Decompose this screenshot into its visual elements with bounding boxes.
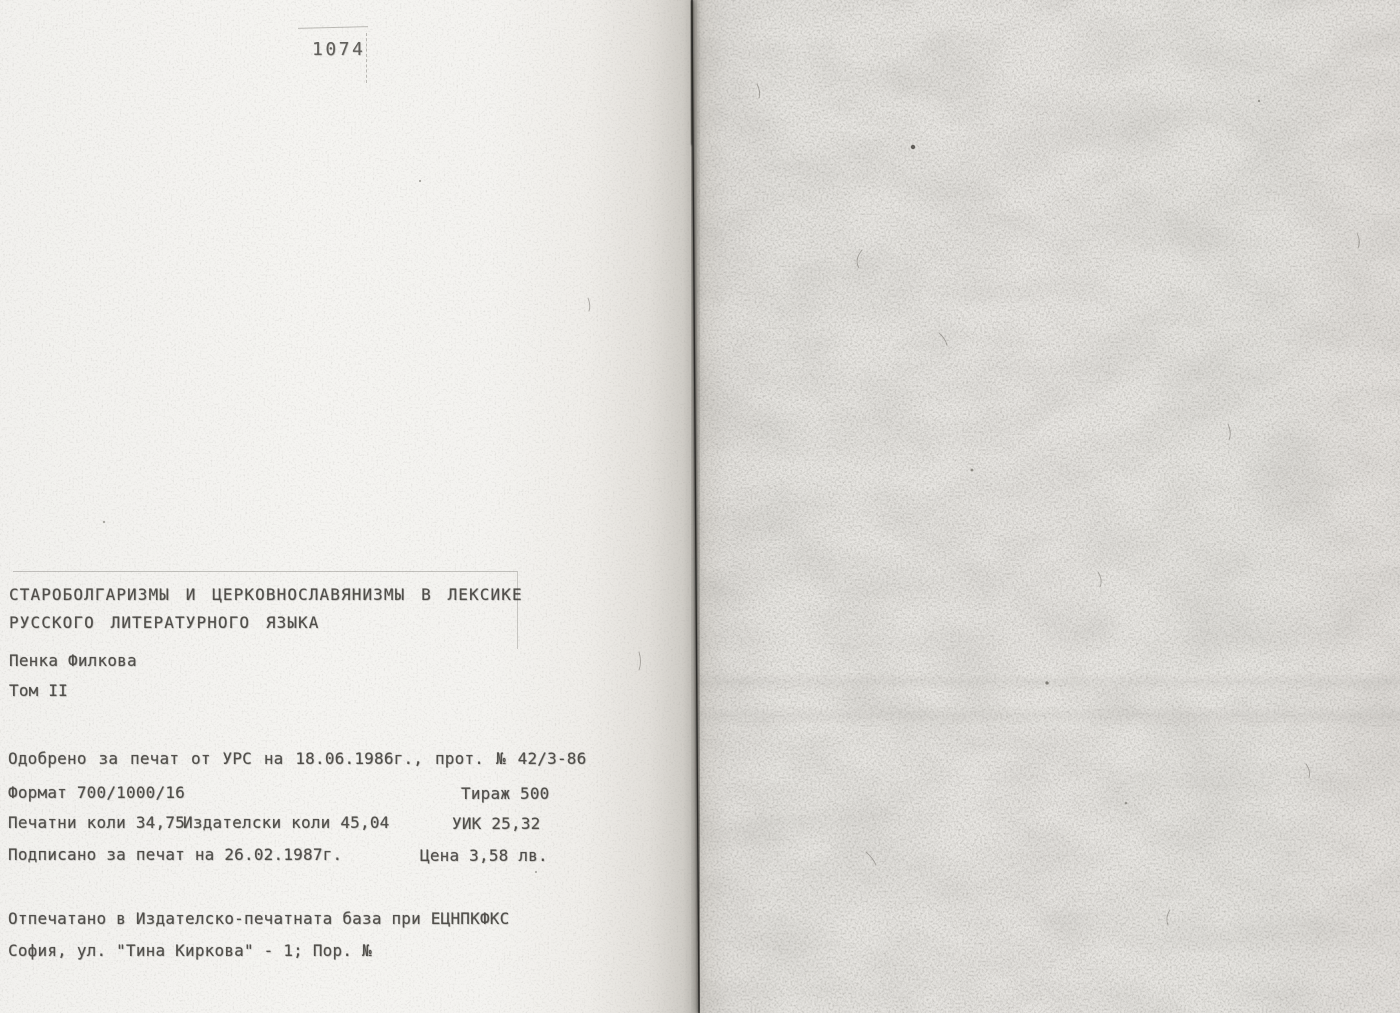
- tirage-value: Тираж 500: [461, 784, 550, 804]
- printing-house-line: Отпечатано в Издателско-печатната база п…: [8, 909, 509, 929]
- print-sheets-value: Печатни коли 34,75: [8, 813, 185, 833]
- signed-for-print-line: Подписано за печат на 26.02.1987г.: [8, 845, 342, 865]
- author-name: Пенка Филкова: [9, 651, 137, 671]
- publishing-sheets-value: Издателски коли 45,04: [183, 813, 390, 833]
- uik-value: УИК 25,32: [452, 814, 541, 834]
- printer-address-line: София, ул. "Тина Киркова" - 1; Пор. №: [8, 941, 372, 961]
- format-value: Формат 700/1000/16: [8, 783, 185, 803]
- stamp-guide-line-vertical: [366, 33, 367, 83]
- approval-line: Одобрено за печат от УРС на 18.06.1986г.…: [8, 749, 586, 769]
- scanned-book-spread: 1074 СТАРОБОЛГАРИЗМЫ И ЦЕРКОВНОСЛАВЯНИЗМ…: [0, 0, 1400, 1013]
- book-title-line2: РУССКОГО ЛИТЕРАТУРНОГО ЯЗЫКА: [9, 613, 320, 633]
- title-frame-box: [13, 571, 518, 649]
- volume-label: Том II: [9, 681, 68, 701]
- book-title-line1: СТАРОБОЛГАРИЗМЫ И ЦЕРКОВНОСЛАВЯНИЗМЫ В Л…: [9, 585, 523, 605]
- right-page: [697, 0, 1400, 1013]
- page-number-stamp: 1074: [312, 39, 365, 60]
- price-value: Цена 3,58 лв.: [420, 846, 548, 866]
